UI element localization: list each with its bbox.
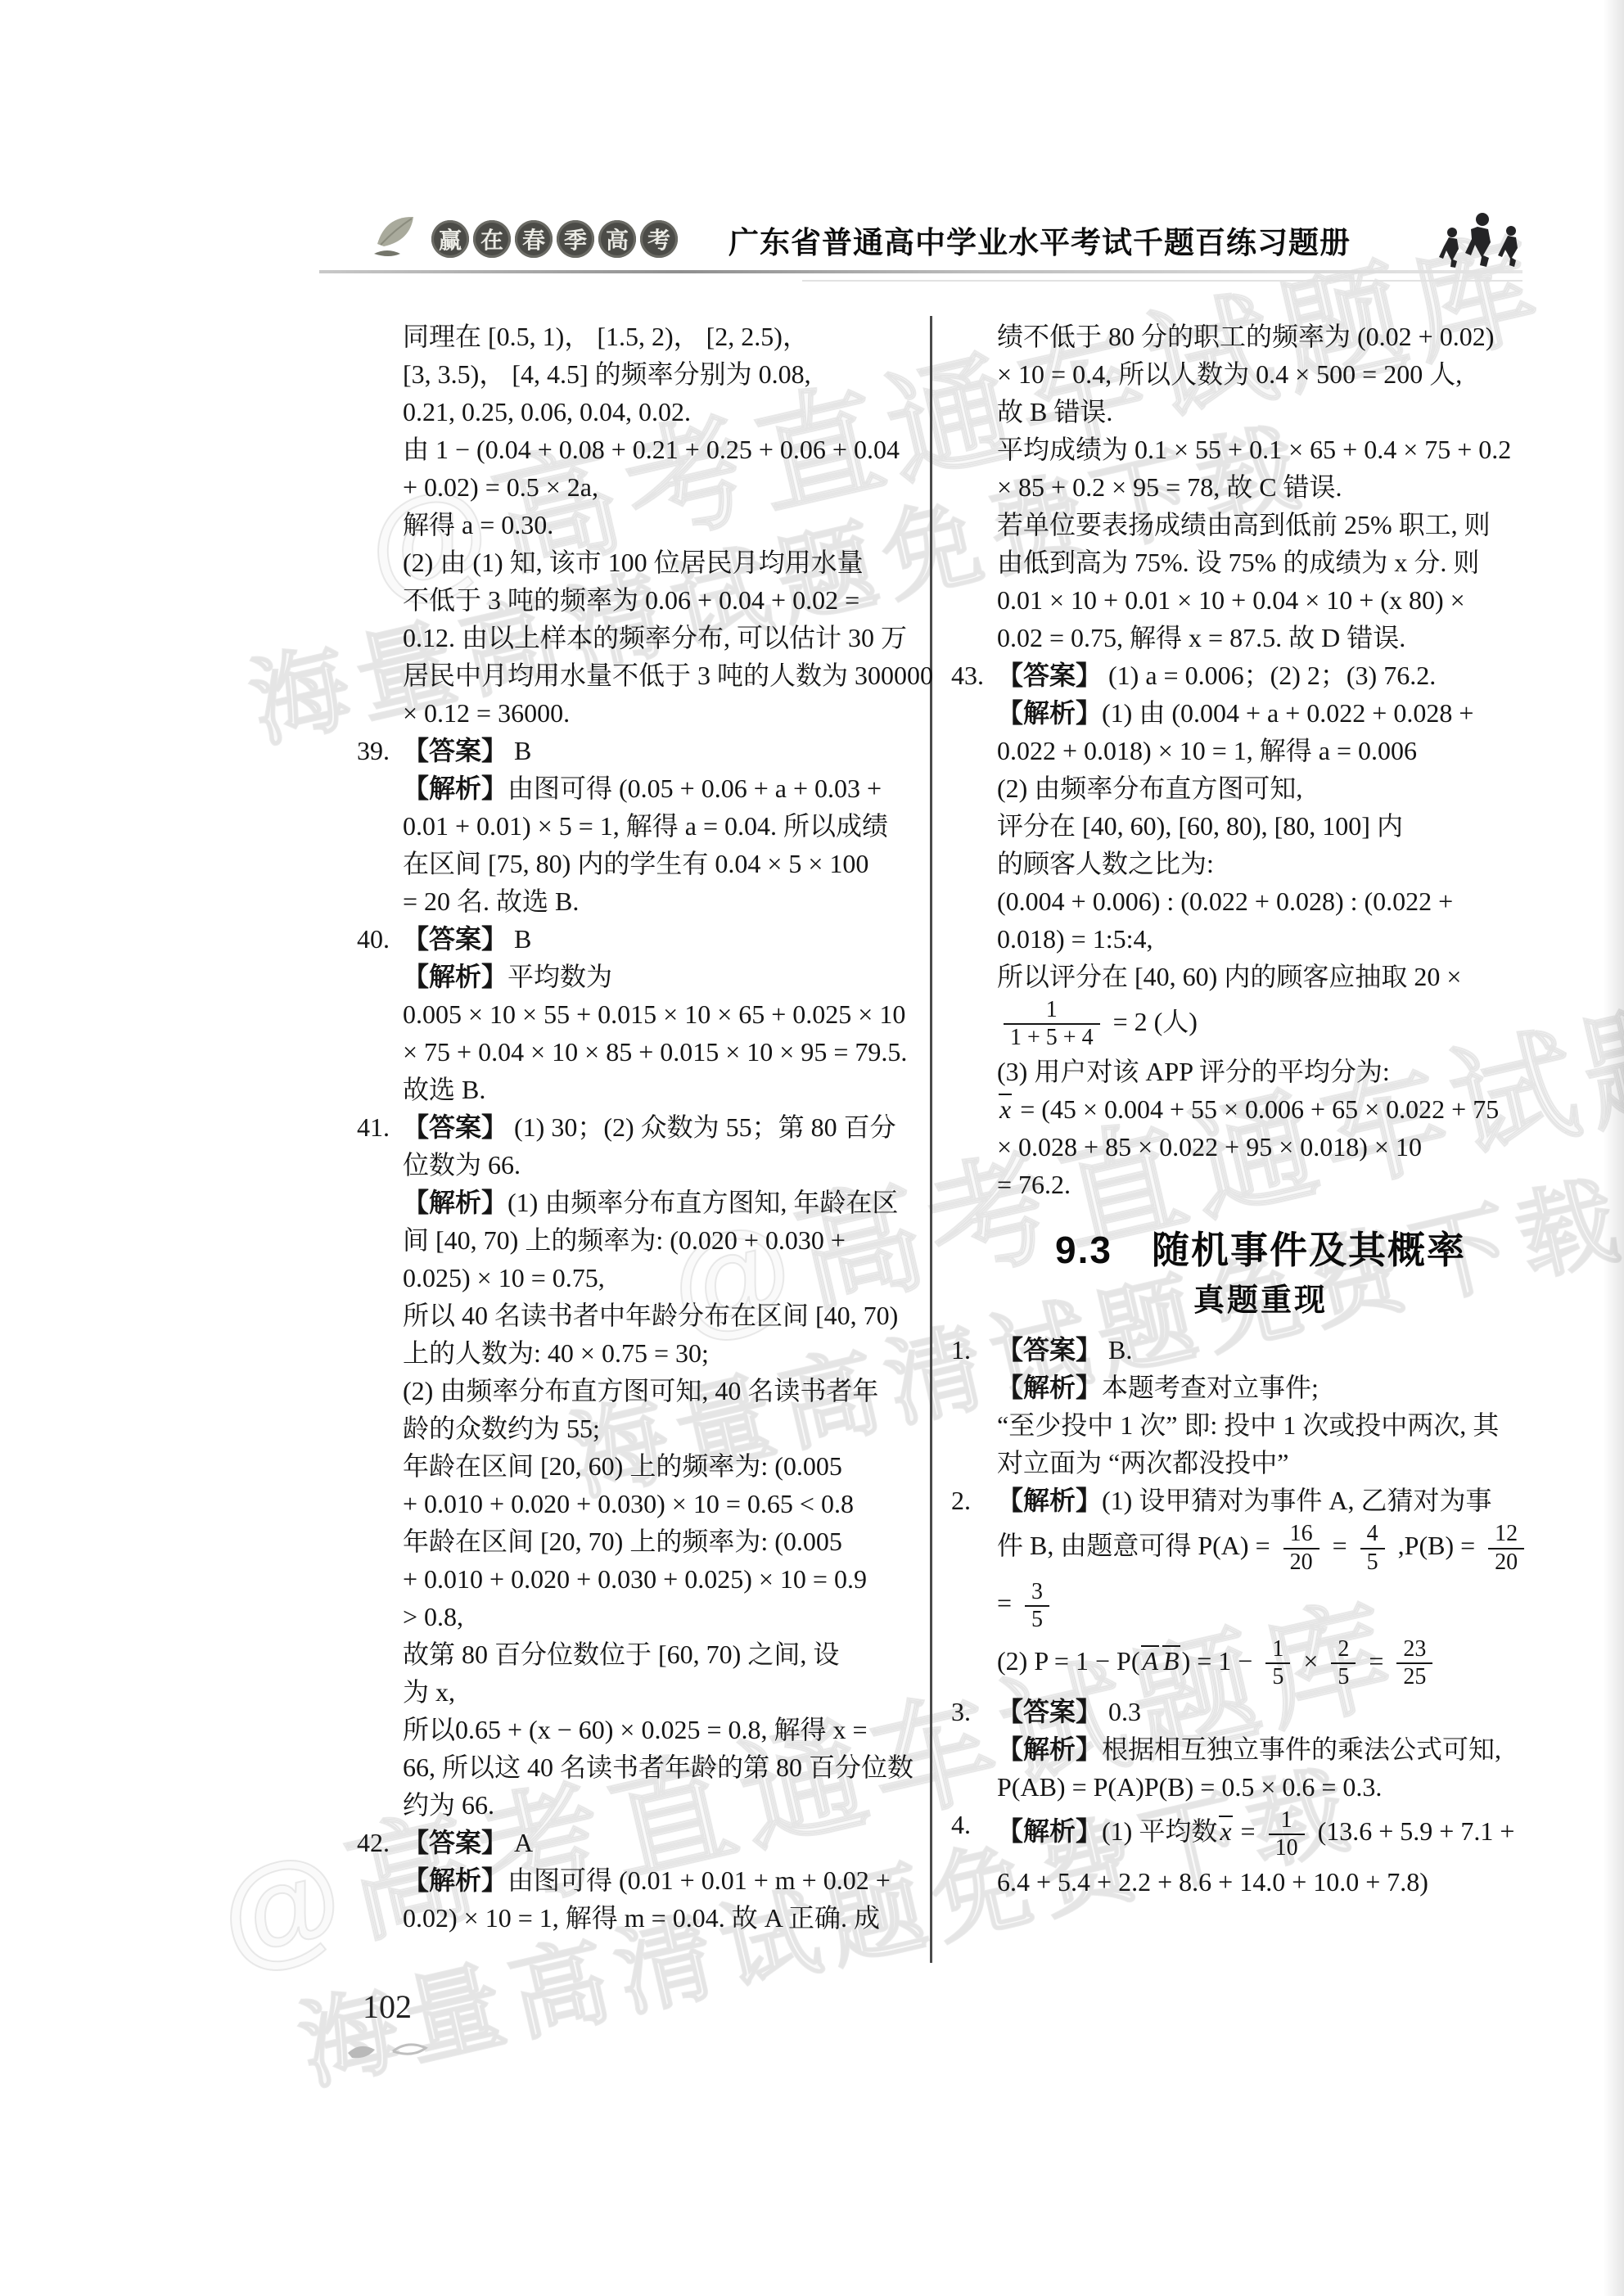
text-line: 上的人数为: 40 × 0.75 = 30;: [403, 1334, 907, 1372]
item-line: 1.【答案】 B.: [997, 1331, 1524, 1369]
text-line: = 35: [997, 1577, 1524, 1635]
line-content: 0.12. 由以上样本的频率分布, 可以估计 30 万: [403, 623, 907, 652]
item-line: 2.【解析】(1) 设甲猜对为事件 A, 乙猜对为事: [997, 1482, 1524, 1519]
label-bold: 【答案】: [403, 1828, 508, 1857]
line-content: 间 [40, 70) 上的频率为: (0.020 + 0.030 +: [403, 1225, 846, 1255]
line-content: 【答案】 (1) a = 0.006；(2) 2；(3) 76.2.: [997, 661, 1436, 690]
label-bold: 【解析】: [997, 1373, 1102, 1402]
logo-badge: 季: [557, 220, 594, 258]
line-content: 由低到高为 75%. 设 75% 的成绩为 x 分. 则: [997, 548, 1479, 577]
fraction: 45: [1360, 1521, 1385, 1575]
text-line: 不低于 3 吨的频率为 0.06 + 0.04 + 0.02 =: [403, 581, 907, 619]
text-line: + 0.010 + 0.020 + 0.030) × 10 = 0.65 < 0…: [403, 1485, 907, 1522]
line-content: 0.02) × 10 = 1, 解得 m = 0.04. 故 A 正确. 成: [403, 1903, 880, 1933]
item-line: 41.【答案】 (1) 30；(2) 众数为 55；第 80 百分: [403, 1108, 907, 1146]
text-line: 【解析】(1) 由 (0.004 + a + 0.022 + 0.028 +: [997, 694, 1524, 732]
label-bold: 【答案】: [403, 1112, 508, 1142]
text-line: 由低到高为 75%. 设 75% 的成绩为 x 分. 则: [997, 544, 1524, 581]
line-content: 所以0.65 + (x − 60) × 0.025 = 0.8, 解得 x =: [403, 1715, 868, 1744]
line-content: 约为 66.: [403, 1790, 494, 1820]
fraction-denominator: 1 + 5 + 4: [1004, 1025, 1100, 1051]
logo-badge: 考: [640, 220, 678, 258]
text-line: (3) 用户对该 APP 评分的平均分为:: [997, 1053, 1524, 1090]
line-content: 【解析】(1) 平均数x = 110 (13.6 + 5.9 + 7.1 +: [997, 1816, 1514, 1846]
line-content: 【答案】 0.3: [997, 1697, 1141, 1726]
text-line: 6.4 + 5.4 + 2.2 + 8.6 + 14.0 + 10.0 + 7.…: [997, 1863, 1524, 1901]
line-content: 【解析】本题考查对立事件;: [997, 1373, 1319, 1402]
text-line: 66, 所以这 40 名读书者年龄的第 80 百分位数: [403, 1748, 907, 1786]
fraction-numerator: 1: [1265, 1636, 1290, 1664]
text-line: 0.02 = 0.75, 解得 x = 87.5. 故 D 错误.: [997, 619, 1524, 656]
logo-badge: 高: [598, 220, 636, 258]
label-bold: 【答案】: [997, 661, 1102, 690]
text-line: 龄的众数约为 55;: [403, 1410, 907, 1447]
label-bold: 【答案】: [403, 736, 508, 765]
item-line: 43.【答案】 (1) a = 0.006；(2) 2；(3) 76.2.: [997, 656, 1524, 694]
fraction-numerator: 3: [1025, 1579, 1049, 1607]
text-line: + 0.02) = 0.5 × 2a,: [403, 468, 907, 506]
line-content: 6.4 + 5.4 + 2.2 + 8.6 + 14.0 + 10.0 + 7.…: [997, 1867, 1428, 1897]
text-line: (2) 由 (1) 知, 该市 100 位居民月均用水量: [403, 544, 907, 581]
line-content: (2) 由 (1) 知, 该市 100 位居民月均用水量: [403, 548, 864, 577]
text-line: 所以 40 名读书者中年龄分布在区间 [40, 70): [403, 1297, 907, 1334]
line-content: 平均成绩为 0.1 × 55 + 0.1 × 65 + 0.4 × 75 + 0…: [997, 435, 1511, 464]
line-content: + 0.010 + 0.020 + 0.030) × 10 = 0.65 < 0…: [403, 1489, 854, 1518]
fraction-numerator: 4: [1360, 1521, 1385, 1549]
line-content: = 76.2.: [997, 1170, 1071, 1199]
text-line: 0.022 + 0.018) × 10 = 1, 解得 a = 0.006: [997, 732, 1524, 769]
line-content: 【解析】(1) 由频率分布直方图知, 年龄在区: [403, 1188, 898, 1217]
fraction-numerator: 2: [1331, 1636, 1356, 1664]
fraction: 1620: [1283, 1521, 1319, 1575]
text-line: = 20 名. 故选 B.: [403, 882, 907, 920]
text-line: (2) 由频率分布直方图可知, 40 名读书者年: [403, 1372, 907, 1410]
text-line: = 76.2.: [997, 1166, 1524, 1203]
text-line: (2) 由频率分布直方图可知,: [997, 769, 1524, 807]
label-bold: 【解析】: [997, 698, 1102, 728]
fraction-denominator: 5: [1265, 1664, 1290, 1690]
line-content: = 35: [997, 1588, 1056, 1617]
runners-icon: [1437, 211, 1527, 281]
fraction: 25: [1331, 1636, 1356, 1690]
fraction-numerator: 1: [1004, 997, 1100, 1025]
text-line: 【解析】由图可得 (0.01 + 0.01 + m + 0.02 +: [403, 1861, 907, 1899]
text-line: 11 + 5 + 4 = 2 (人): [997, 995, 1524, 1053]
text-line: 【解析】本题考查对立事件;: [997, 1369, 1524, 1406]
text-line: 所以评分在 [40, 60) 内的顾客应抽取 20 ×: [997, 958, 1524, 995]
text-line: 【解析】由图可得 (0.05 + 0.06 + a + 0.03 +: [403, 769, 907, 807]
item-line: 4.【解析】(1) 平均数x = 110 (13.6 + 5.9 + 7.1 +: [997, 1806, 1524, 1863]
text-line: [3, 3.5)， [4, 4.5] 的频率分别为 0.08,: [403, 355, 907, 393]
fraction: 11 + 5 + 4: [1004, 997, 1100, 1051]
text-line: × 85 + 0.2 × 95 = 78, 故 C 错误.: [997, 468, 1524, 506]
fraction: 110: [1269, 1807, 1305, 1861]
left-column: 同理在 [0.5, 1)， [1.5, 2)， [2, 2.5)，[3, 3.5…: [354, 318, 907, 1937]
text-line: 由 1 − (0.04 + 0.08 + 0.21 + 0.25 + 0.06 …: [403, 431, 907, 468]
fraction-denominator: 5: [1331, 1664, 1356, 1690]
line-content: 【答案】 B.: [997, 1335, 1132, 1365]
text-line: × 0.028 + 85 × 0.022 + 95 × 0.018) × 10: [997, 1128, 1524, 1166]
line-content: 年龄在区间 [20, 70) 上的频率为: (0.005: [403, 1527, 842, 1556]
label-bold: 【解析】: [403, 962, 508, 991]
line-content: 0.21, 0.25, 0.06, 0.04, 0.02.: [403, 397, 691, 426]
text-line: 所以0.65 + (x − 60) × 0.025 = 0.8, 解得 x =: [403, 1711, 907, 1748]
column-divider: [930, 316, 932, 1963]
line-content: 66, 所以这 40 名读书者年龄的第 80 百分位数: [403, 1752, 913, 1782]
item-line: 39.【答案】 B: [403, 732, 907, 769]
label-bold: 【解析】: [403, 774, 508, 803]
fraction: 1220: [1488, 1521, 1524, 1575]
label-bold: 【解析】: [997, 1816, 1102, 1846]
label-bold: 【答案】: [997, 1335, 1102, 1365]
footer-flourish-icon: [344, 2035, 467, 2072]
text-line: 绩不低于 80 分的职工的频率为 (0.02 + 0.02): [997, 318, 1524, 355]
text-line: × 10 = 0.4, 所以人数为 0.4 × 500 = 200 人,: [997, 355, 1524, 393]
section-heading: 9.3 随机事件及其概率: [997, 1231, 1524, 1269]
line-content: + 0.02) = 0.5 × 2a,: [403, 472, 598, 502]
item-number: 3.: [951, 1693, 994, 1730]
line-content: 评分在 [40, 60), [60, 80), [80, 100] 内: [997, 811, 1403, 841]
text-line: 故选 B.: [403, 1071, 907, 1108]
line-content: × 0.12 = 36000.: [403, 698, 570, 728]
item-number: 41.: [357, 1108, 399, 1146]
text-line: 在区间 [75, 80) 内的学生有 0.04 × 5 × 100: [403, 845, 907, 882]
line-content: P(AB) = P(A)P(B) = 0.5 × 0.6 = 0.3.: [997, 1772, 1382, 1802]
text-line: 0.01 × 10 + 0.01 × 10 + 0.04 × 10 + (x 8…: [997, 581, 1524, 619]
line-content: (2) 由频率分布直方图可知, 40 名读书者年: [403, 1376, 878, 1405]
item-number: 2.: [951, 1482, 994, 1519]
line-content: 0.025) × 10 = 0.75,: [403, 1263, 605, 1292]
right-column: 绩不低于 80 分的职工的频率为 (0.02 + 0.02)× 10 = 0.4…: [951, 318, 1524, 1901]
text-line: 0.12. 由以上样本的频率分布, 可以估计 30 万: [403, 619, 907, 656]
text-line: (2) P = 1 − P(AB) = 1 − 15 × 25 = 2325: [997, 1635, 1524, 1692]
line-content: 【解析】由图可得 (0.05 + 0.06 + a + 0.03 +: [403, 774, 882, 803]
line-content: > 0.8,: [403, 1602, 463, 1631]
page-header: 赢在春季高考 广东省普通高中学业水平考试千题百练习题册: [372, 206, 1518, 280]
line-content: 0.02 = 0.75, 解得 x = 87.5. 故 D 错误.: [997, 623, 1405, 652]
text-line: (0.004 + 0.006) : (0.022 + 0.028) : (0.0…: [997, 882, 1524, 920]
line-content: 【解析】由图可得 (0.01 + 0.01 + m + 0.02 +: [403, 1865, 891, 1895]
text-line: × 0.12 = 36000.: [403, 694, 907, 732]
line-content: 居民中月均用水量不低于 3 吨的人数为 300000: [403, 661, 933, 690]
logo-badges: 赢在春季高考: [431, 220, 682, 258]
line-content: 年龄在区间 [20, 60) 上的频率为: (0.005: [403, 1451, 842, 1481]
line-content: × 0.028 + 85 × 0.022 + 95 × 0.018) × 10: [997, 1132, 1422, 1162]
line-content: [3, 3.5)， [4, 4.5] 的频率分别为 0.08,: [403, 359, 811, 389]
text-line: 【解析】(1) 由频率分布直方图知, 年龄在区: [403, 1184, 907, 1221]
text-line: P(AB) = P(A)P(B) = 0.5 × 0.6 = 0.3.: [997, 1768, 1524, 1806]
label-bold: 【答案】: [403, 924, 508, 954]
label-bold: 【解析】: [403, 1188, 508, 1217]
line-content: 0.01 + 0.01) × 5 = 1, 解得 a = 0.04. 所以成绩: [403, 811, 888, 841]
text-line: 0.005 × 10 × 55 + 0.015 × 10 × 65 + 0.02…: [403, 995, 907, 1033]
line-content: 龄的众数约为 55;: [403, 1414, 600, 1443]
item-line: 40.【答案】 B: [403, 920, 907, 958]
section-heading: 真题重现: [997, 1282, 1524, 1319]
fraction-numerator: 23: [1396, 1636, 1432, 1664]
text-line: 0.01 + 0.01) × 5 = 1, 解得 a = 0.04. 所以成绩: [403, 807, 907, 845]
text-line: 居民中月均用水量不低于 3 吨的人数为 300000: [403, 656, 907, 694]
line-content: 由 1 − (0.04 + 0.08 + 0.21 + 0.25 + 0.06 …: [403, 435, 900, 464]
publisher-logo: 赢在春季高考: [372, 211, 682, 266]
line-content: (2) P = 1 − P(AB) = 1 − 15 × 25 = 2325: [997, 1646, 1439, 1676]
line-content: 故选 B.: [403, 1075, 485, 1104]
text-line: 【解析】平均数为: [403, 958, 907, 995]
line-content: 件 B, 由题意可得 P(A) = 1620 = 45 ,P(B) = 1220: [997, 1531, 1531, 1560]
item-line: 3.【答案】 0.3: [997, 1693, 1524, 1730]
line-content: 所以评分在 [40, 60) 内的顾客应抽取 20 ×: [997, 962, 1461, 991]
page-number: 102: [363, 1987, 412, 2026]
label-bold: 【解析】: [997, 1734, 1102, 1764]
line-content: 对立面为 “两次都没投中”: [997, 1448, 1288, 1477]
line-content: 位数为 66.: [403, 1150, 521, 1180]
text-line: 故 B 错误.: [997, 393, 1524, 431]
line-content: “至少投中 1 次” 即: 投中 1 次或投中两次, 其: [997, 1410, 1499, 1440]
header-rule-2: [802, 280, 1522, 282]
overline-var: x: [1217, 1812, 1234, 1850]
logo-badge: 在: [473, 220, 511, 258]
fraction-denominator: 20: [1283, 1549, 1319, 1576]
fraction-denominator: 25: [1396, 1664, 1432, 1690]
line-content: 【解析】根据相互独立事件的乘法公式可知,: [997, 1734, 1501, 1764]
text-line: 为 x,: [403, 1673, 907, 1711]
line-content: (3) 用户对该 APP 评分的平均分为:: [997, 1057, 1390, 1086]
fraction-numerator: 1: [1269, 1807, 1305, 1835]
text-line: + 0.010 + 0.020 + 0.030 + 0.025) × 10 = …: [403, 1560, 907, 1598]
text-line: 位数为 66.: [403, 1146, 907, 1184]
text-line: 0.21, 0.25, 0.06, 0.04, 0.02.: [403, 393, 907, 431]
fraction: 35: [1025, 1579, 1049, 1633]
label-bold: 【解析】: [997, 1486, 1102, 1515]
text-line: 0.02) × 10 = 1, 解得 m = 0.04. 故 A 正确. 成: [403, 1899, 907, 1937]
line-content: 【答案】 B: [403, 924, 531, 954]
line-content: 的顾客人数之比为:: [997, 849, 1214, 878]
text-line: 故第 80 百分位数位于 [60, 70) 之间, 设: [403, 1635, 907, 1673]
text-line: 年龄在区间 [20, 70) 上的频率为: (0.005: [403, 1522, 907, 1560]
item-line: 42.【答案】 A: [403, 1824, 907, 1861]
logo-badge: 赢: [431, 220, 469, 258]
line-content: 故 B 错误.: [997, 397, 1112, 426]
fraction-denominator: 20: [1488, 1549, 1524, 1576]
line-content: 【解析】(1) 由 (0.004 + a + 0.022 + 0.028 +: [997, 698, 1473, 728]
text-line: 间 [40, 70) 上的频率为: (0.020 + 0.030 +: [403, 1221, 907, 1259]
line-content: 【答案】 (1) 30；(2) 众数为 55；第 80 百分: [403, 1112, 896, 1142]
header-rule: [319, 270, 1522, 273]
line-content: 解得 a = 0.30.: [403, 510, 553, 539]
text-line: > 0.8,: [403, 1598, 907, 1635]
book-title: 广东省普通高中学业水平考试千题百练习题册: [729, 218, 1351, 262]
text-line: 【解析】根据相互独立事件的乘法公式可知,: [997, 1730, 1524, 1768]
line-content: 0.018) = 1:5:4,: [997, 924, 1153, 954]
label-bold: 【解析】: [403, 1865, 508, 1895]
text-line: x = (45 × 0.004 + 55 × 0.006 + 65 × 0.02…: [997, 1090, 1524, 1128]
line-content: 所以 40 名读书者中年龄分布在区间 [40, 70): [403, 1301, 898, 1330]
leaf-icon: [372, 211, 420, 266]
line-content: 0.022 + 0.018) × 10 = 1, 解得 a = 0.006: [997, 736, 1417, 765]
text-line: 年龄在区间 [20, 60) 上的频率为: (0.005: [403, 1447, 907, 1485]
logo-badge: 春: [515, 220, 553, 258]
fraction-denominator: 10: [1269, 1835, 1305, 1861]
line-content: (2) 由频率分布直方图可知,: [997, 774, 1302, 803]
line-content: 0.01 × 10 + 0.01 × 10 + 0.04 × 10 + (x 8…: [997, 585, 1465, 615]
text-line: 解得 a = 0.30.: [403, 506, 907, 544]
fraction: 15: [1265, 1636, 1290, 1690]
line-content: 【答案】 A: [403, 1828, 533, 1857]
text-line: 0.018) = 1:5:4,: [997, 920, 1524, 958]
text-line: “至少投中 1 次” 即: 投中 1 次或投中两次, 其: [997, 1406, 1524, 1444]
fraction: 2325: [1396, 1636, 1432, 1690]
text-line: × 75 + 0.04 × 10 × 85 + 0.015 × 10 × 95 …: [403, 1033, 907, 1071]
text-line: 件 B, 由题意可得 P(A) = 1620 = 45 ,P(B) = 1220: [997, 1519, 1524, 1577]
item-number: 39.: [357, 732, 399, 769]
line-content: 0.005 × 10 × 55 + 0.015 × 10 × 65 + 0.02…: [403, 999, 905, 1029]
overline-var: A: [1139, 1642, 1161, 1680]
line-content: (0.004 + 0.006) : (0.022 + 0.028) : (0.0…: [997, 886, 1453, 916]
item-number: 42.: [357, 1824, 399, 1861]
text-line: 的顾客人数之比为:: [997, 845, 1524, 882]
item-number: 4.: [951, 1806, 994, 1843]
line-content: 【解析】(1) 设甲猜对为事件 A, 乙猜对为事: [997, 1486, 1491, 1515]
label-bold: 【答案】: [997, 1697, 1102, 1726]
line-content: 【解析】平均数为: [403, 962, 612, 991]
line-content: 为 x,: [403, 1677, 455, 1707]
fraction-denominator: 5: [1025, 1607, 1049, 1633]
line-content: 【答案】 B: [403, 736, 531, 765]
line-content: 故第 80 百分位数位于 [60, 70) 之间, 设: [403, 1640, 839, 1669]
line-content: 同理在 [0.5, 1)， [1.5, 2)， [2, 2.5)，: [403, 322, 809, 351]
text-line: 0.025) × 10 = 0.75,: [403, 1259, 907, 1297]
line-content: 上的人数为: 40 × 0.75 = 30;: [403, 1338, 709, 1368]
line-content: × 10 = 0.4, 所以人数为 0.4 × 500 = 200 人,: [997, 359, 1462, 389]
line-content: × 75 + 0.04 × 10 × 85 + 0.015 × 10 × 95 …: [403, 1037, 907, 1067]
text-line: 同理在 [0.5, 1)， [1.5, 2)， [2, 2.5)，: [403, 318, 907, 355]
line-content: 绩不低于 80 分的职工的频率为 (0.02 + 0.02): [997, 322, 1494, 351]
text-line: 评分在 [40, 60), [60, 80), [80, 100] 内: [997, 807, 1524, 845]
item-number: 43.: [951, 656, 994, 694]
line-content: 在区间 [75, 80) 内的学生有 0.04 × 5 × 100: [403, 849, 868, 878]
fraction-numerator: 12: [1488, 1521, 1524, 1549]
line-content: 不低于 3 吨的频率为 0.06 + 0.04 + 0.02 =: [403, 585, 859, 615]
text-line: 对立面为 “两次都没投中”: [997, 1444, 1524, 1482]
text-line: 平均成绩为 0.1 × 55 + 0.1 × 65 + 0.4 × 75 + 0…: [997, 431, 1524, 468]
scan-edge-shadow: [1603, 0, 1624, 2296]
item-number: 1.: [951, 1331, 994, 1369]
fraction-denominator: 5: [1360, 1549, 1385, 1576]
fraction-numerator: 16: [1283, 1521, 1319, 1549]
line-content: = 20 名. 故选 B.: [403, 886, 579, 916]
line-content: × 85 + 0.2 × 95 = 78, 故 C 错误.: [997, 472, 1342, 502]
line-content: x = (45 × 0.004 + 55 × 0.006 + 65 × 0.02…: [997, 1094, 1499, 1124]
line-content: 若单位要表扬成绩由高到低前 25% 职工, 则: [997, 510, 1491, 539]
item-number: 40.: [357, 920, 399, 958]
text-line: 约为 66.: [403, 1786, 907, 1824]
overline-var: B: [1161, 1642, 1182, 1680]
text-line: 若单位要表扬成绩由高到低前 25% 职工, 则: [997, 506, 1524, 544]
line-content: + 0.010 + 0.020 + 0.030 + 0.025) × 10 = …: [403, 1564, 867, 1594]
overline-var: x: [997, 1090, 1013, 1128]
line-content: 11 + 5 + 4 = 2 (人): [997, 1007, 1198, 1036]
